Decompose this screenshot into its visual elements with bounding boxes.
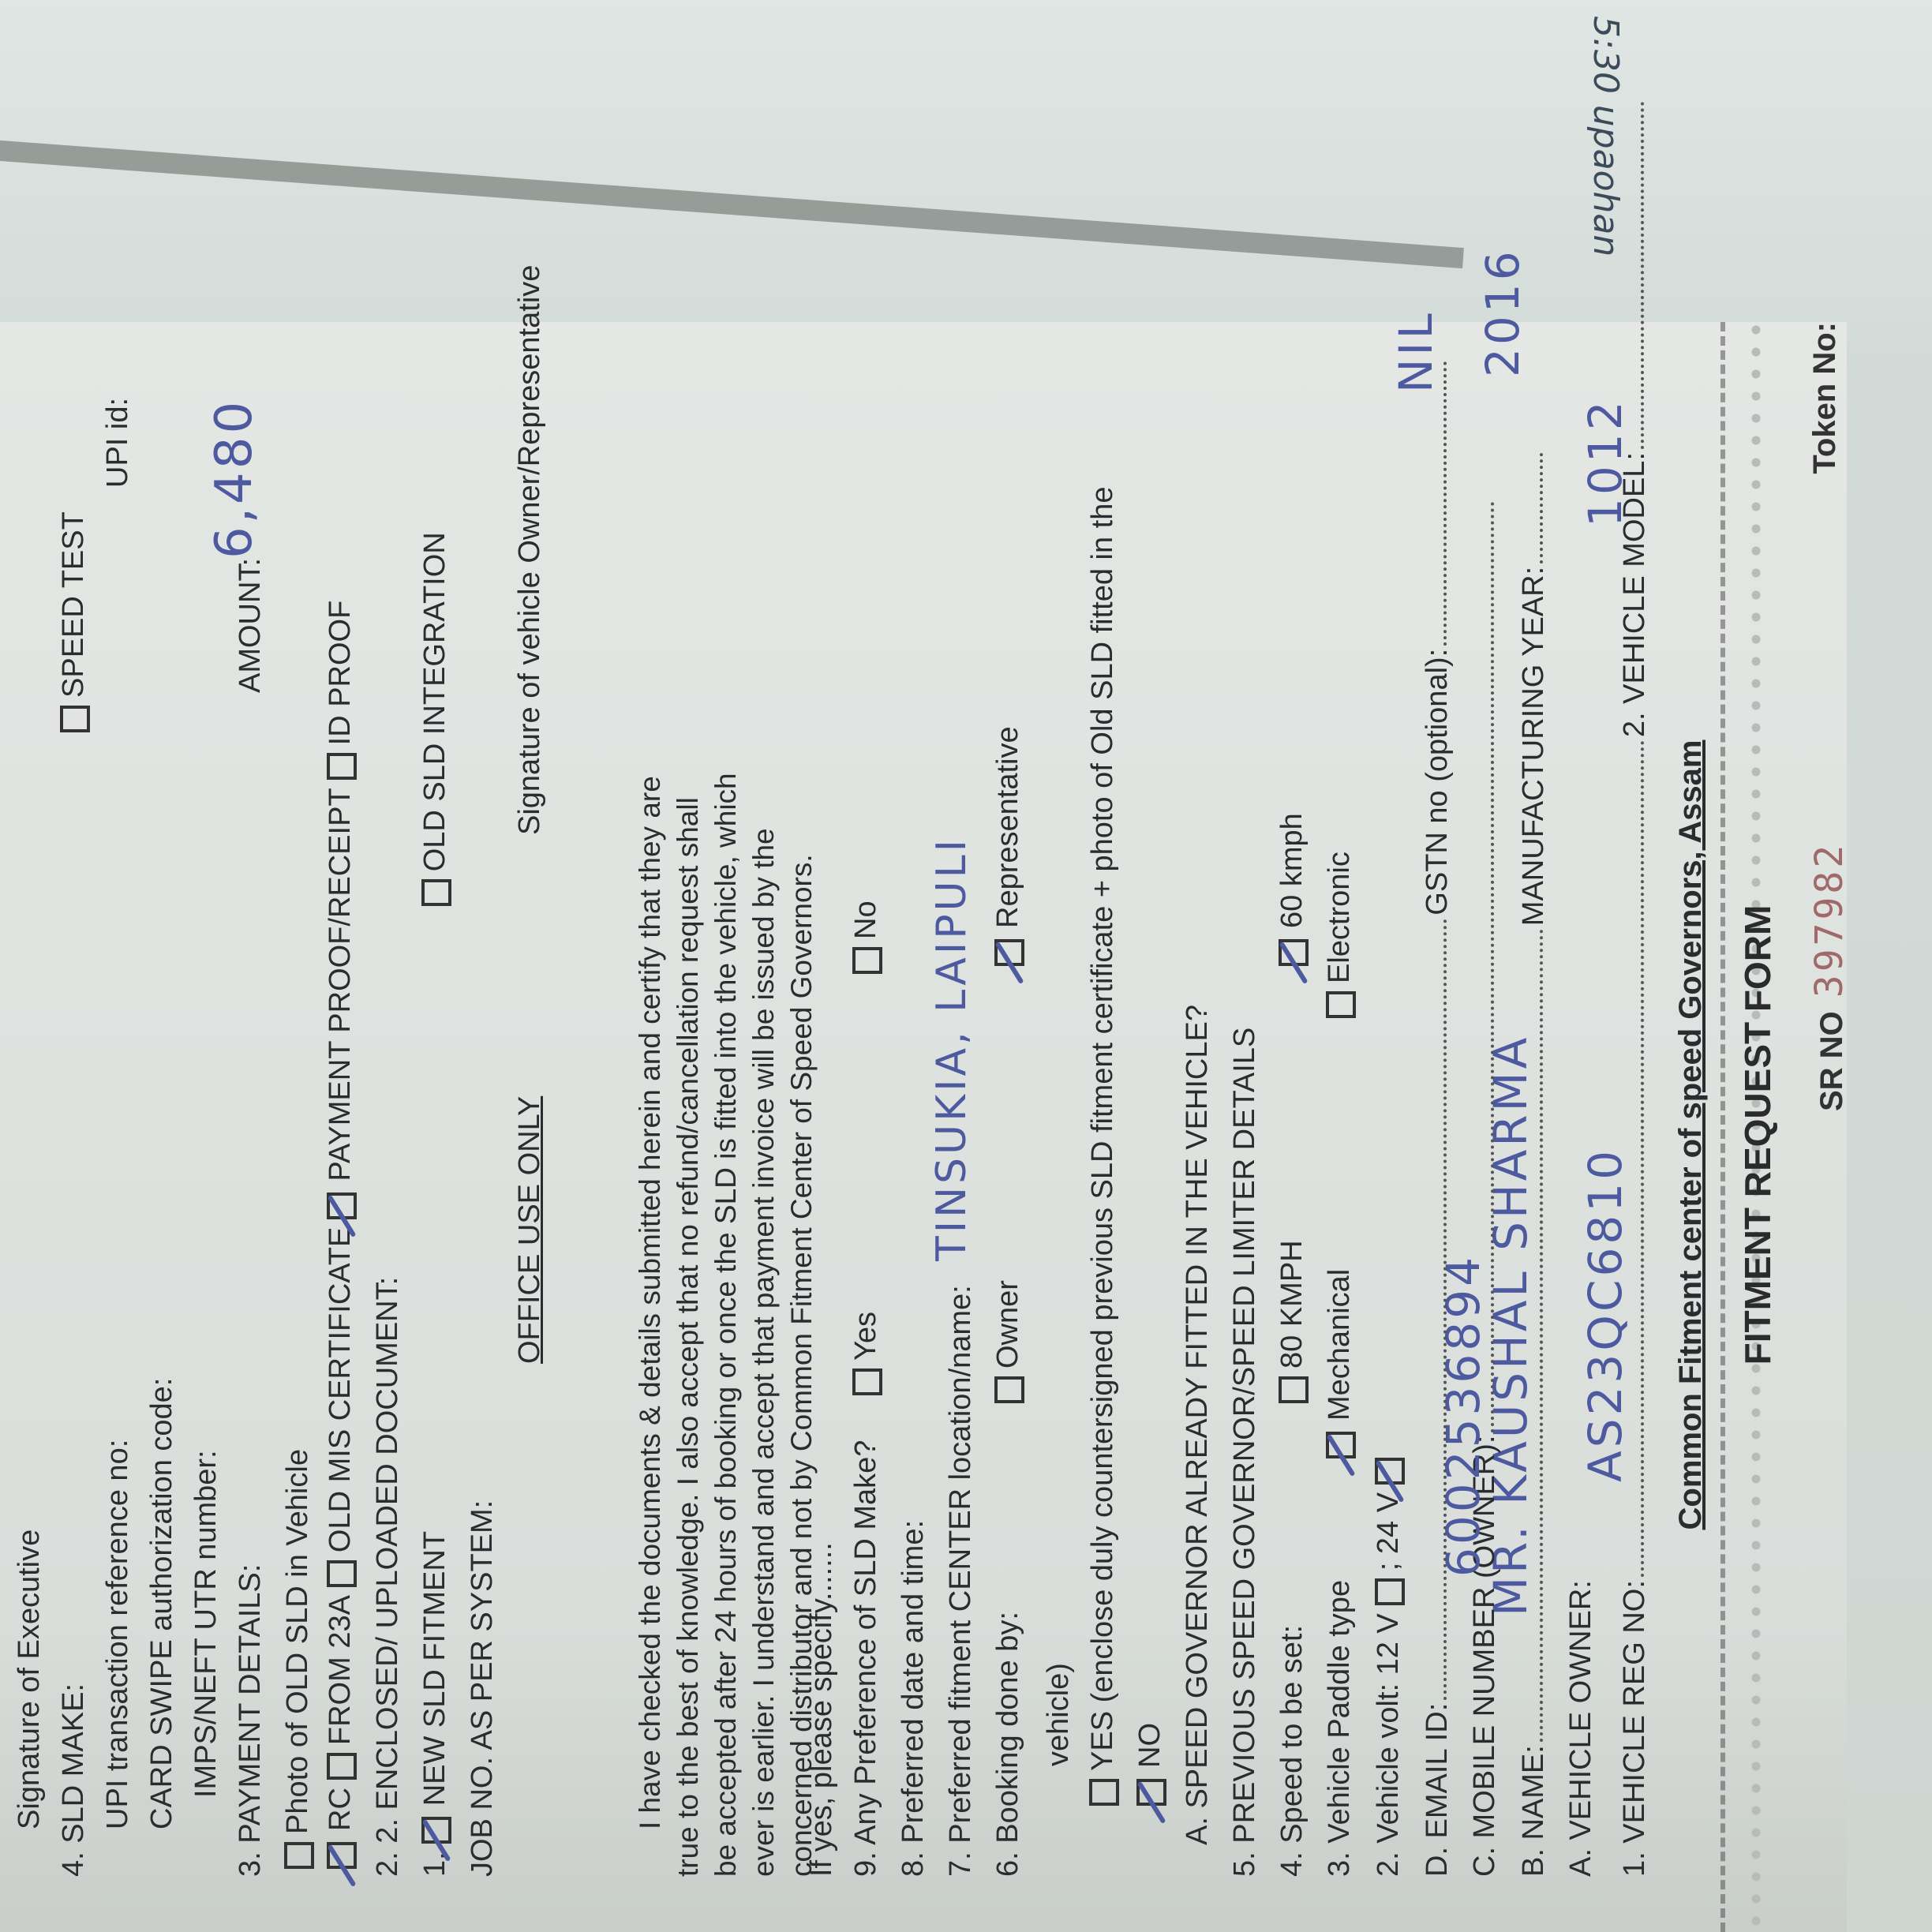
sld-pref-no-checkbox[interactable] [852, 947, 882, 974]
speed-60-label: 60 kmph [1275, 813, 1309, 928]
office-item-2: 2. 2. ENCLOSED/ UPLOADED DOCUMENT: [371, 1277, 405, 1877]
sr-label: SR NO [1814, 1011, 1849, 1111]
paddle-mechanical-label: Mechanical [1323, 1026, 1357, 1421]
q5a-yes-cont: vehicle) [1042, 1663, 1076, 1766]
paddle-label: 3. Vehicle Paddle type [1323, 1466, 1357, 1877]
owner-signature-label: Signature of vehicle Owner/Representativ… [513, 265, 547, 835]
declaration-text: I have checked the documents & details s… [631, 764, 821, 1877]
doc-id-label: ID PROOF [324, 601, 357, 746]
fitment-center-row: 7. Preferred fitment CENTER location/nam… [944, 1285, 978, 1877]
doc-payment-label: PAYMENT PROOF/RECEIPT [324, 788, 357, 1181]
speed-80-label: 80 KMPH [1275, 974, 1309, 1368]
imps-label: IMPS/NEFT UTR number: [189, 1450, 223, 1798]
office-item-1: 1.NEW SLD FITMENTOLD SLD INTEGRATION [418, 532, 452, 1877]
paddle-type-row: 3. Vehicle Paddle typeMechanicalElectron… [1323, 852, 1357, 1877]
documents-row: RCFROM 23AOLD MIS CERTIFICATEPAYMENT PRO… [324, 601, 358, 1877]
sld-pref-no-label: No [849, 900, 882, 939]
old-sld-integration-label: OLD SLD INTEGRATION [418, 532, 451, 871]
email-label: D. EMAIL ID: [1421, 1703, 1454, 1877]
speed-test-label: SPEED TEST [57, 511, 90, 698]
office-item-4: 4. SLD MAKE: [57, 1683, 91, 1877]
q5a-question: A. SPEED GOVERNOR ALREADY FITTED IN THE … [1181, 1005, 1215, 1845]
fitment-request-form: SR NO 397982 Token No: FITMENT REQUEST F… [0, 322, 1847, 1932]
sr-value: 397982 [1807, 842, 1851, 998]
doc-photo-checkbox[interactable] [284, 1842, 314, 1869]
fitment-center-value[interactable]: TINSUKIA, LAIPULI [928, 837, 975, 1261]
booking-row: 6. Booking done by:OwnerRepresentative [991, 726, 1025, 1877]
doc-id-checkbox[interactable] [327, 753, 357, 780]
sld-pref-yes-checkbox[interactable] [852, 1368, 882, 1395]
name-label: B. NAME: [1517, 1745, 1550, 1877]
job-no-label: JOB NO. AS PER SYSTEM: [466, 1500, 500, 1877]
doc-photo-label: Photo of OLD SLD in Vehicle [281, 1449, 314, 1834]
new-sld-label: NEW SLD FITMENT [418, 914, 452, 1806]
speed-test-checkbox[interactable] [60, 706, 90, 732]
declaration-body: I have checked the documents & details s… [634, 773, 818, 1877]
reg-no-value[interactable]: AS23QC6810 [1578, 1148, 1632, 1482]
doc-23a-checkbox[interactable] [327, 1753, 357, 1780]
office-item-3: 3. PAYMENT DETAILS: [234, 1564, 268, 1877]
sld-make-pref-row: 9. Any Preference of SLD Make?YesNo [849, 900, 883, 1877]
vehicle-reg-row: 1. VEHICLE REG NO:2. VEHICLE MODEL: [1618, 99, 1652, 1877]
reg-no-label: 1. VEHICLE REG NO: [1618, 1580, 1651, 1877]
vehicle-volt-row: 2. Vehicle volt: 12 V; 24 V [1372, 1447, 1406, 1877]
q5a-no-label: NO [1133, 1723, 1166, 1768]
owner-heading: A. VEHICLE OWNER: [1564, 1580, 1598, 1877]
volt-label: 2. Vehicle volt: 12 V [1372, 1613, 1405, 1877]
doc-rc-label: RC [324, 1788, 357, 1831]
amount-value[interactable]: 6,480 [205, 399, 264, 559]
booking-owner-label: Owner [991, 974, 1025, 1368]
email-row: D. EMAIL ID:GSTN no (optional): [1421, 358, 1455, 1877]
vehicle-model-value[interactable]: 1012 [1578, 398, 1632, 527]
mobile-row: C. MOBILE NUMBER (OWNER): [1468, 498, 1502, 1877]
old-sld-integration-checkbox[interactable] [421, 879, 451, 906]
volt-24v-label: ; 24 V [1372, 1492, 1405, 1571]
doc-23a-label: FROM 23A [324, 1595, 357, 1745]
upi-id-label: UPI id: [101, 398, 135, 488]
sld-make-pref-label: 9. Any Preference of SLD Make? [849, 1403, 883, 1877]
gstn-value[interactable]: NIL [1389, 310, 1443, 393]
booking-label: 6. Booking done by: [991, 1411, 1025, 1877]
mfg-year-value[interactable]: 2016 [1476, 248, 1529, 377]
speed-80-checkbox[interactable] [1279, 1376, 1309, 1403]
paddle-electronic-checkbox[interactable] [1326, 991, 1356, 1018]
speed-test-row: SPEED TEST [57, 511, 91, 740]
card-swipe-label: CARD SWIPE authorization code: [145, 1378, 179, 1829]
mfg-year-label: MANUFACTURING YEAR: [1517, 567, 1550, 926]
q5a-yes-checkbox[interactable] [1089, 1779, 1119, 1806]
booking-rep-label: Representative [991, 726, 1024, 928]
q5-heading: 5. PREVIOUS SPEED GOVERNOR/SPEED LIMITER… [1228, 1028, 1262, 1877]
upi-ref-label: UPI transaction reference no: [101, 1440, 135, 1829]
doc-mis-checkbox[interactable] [327, 1560, 357, 1587]
amount-label: AMOUNT: [234, 558, 268, 693]
booking-owner-checkbox[interactable] [994, 1376, 1024, 1403]
speed-label: 4. Speed to be set: [1275, 1411, 1309, 1877]
speed-row: 4. Speed to be set:80 KMPH60 kmph [1275, 813, 1309, 1877]
q5a-no-row: NO [1133, 1723, 1167, 1814]
q5a-yes-label: YES (enclose duly countersigned previous… [1086, 487, 1119, 1772]
doc-photo-row: Photo of OLD SLD in Vehicle [281, 1449, 315, 1877]
form-subtitle: Common Fitment center of speed Governors… [1673, 740, 1709, 1530]
form-title: FITMENT REQUEST FORM [1736, 905, 1779, 1365]
gstn-label: GSTN no (optional): [1421, 649, 1454, 915]
form-page-rotated: SR NO 397982 Token No: FITMENT REQUEST F… [0, 322, 1847, 1932]
sld-pref-yes-label: Yes [849, 982, 883, 1361]
fitment-center-label: 7. Preferred fitment CENTER location/nam… [944, 1285, 977, 1877]
executive-signature-label: Signature of Executive [13, 1529, 47, 1829]
sr-number: SR NO 397982 [1807, 842, 1851, 1111]
q5a-yes-row: YES (enclose duly countersigned previous… [1086, 487, 1120, 1814]
preferred-date-row: 8. Preferred date and time: [897, 1520, 930, 1877]
paddle-electronic-label: Electronic [1323, 852, 1356, 983]
office-use-heading: OFFICE USE ONLY [513, 1096, 547, 1364]
doc-mis-label: OLD MIS CERTIFICATE [324, 1227, 357, 1552]
token-number-label: Token No: [1807, 322, 1843, 474]
volt-12v-checkbox[interactable] [1375, 1578, 1405, 1605]
